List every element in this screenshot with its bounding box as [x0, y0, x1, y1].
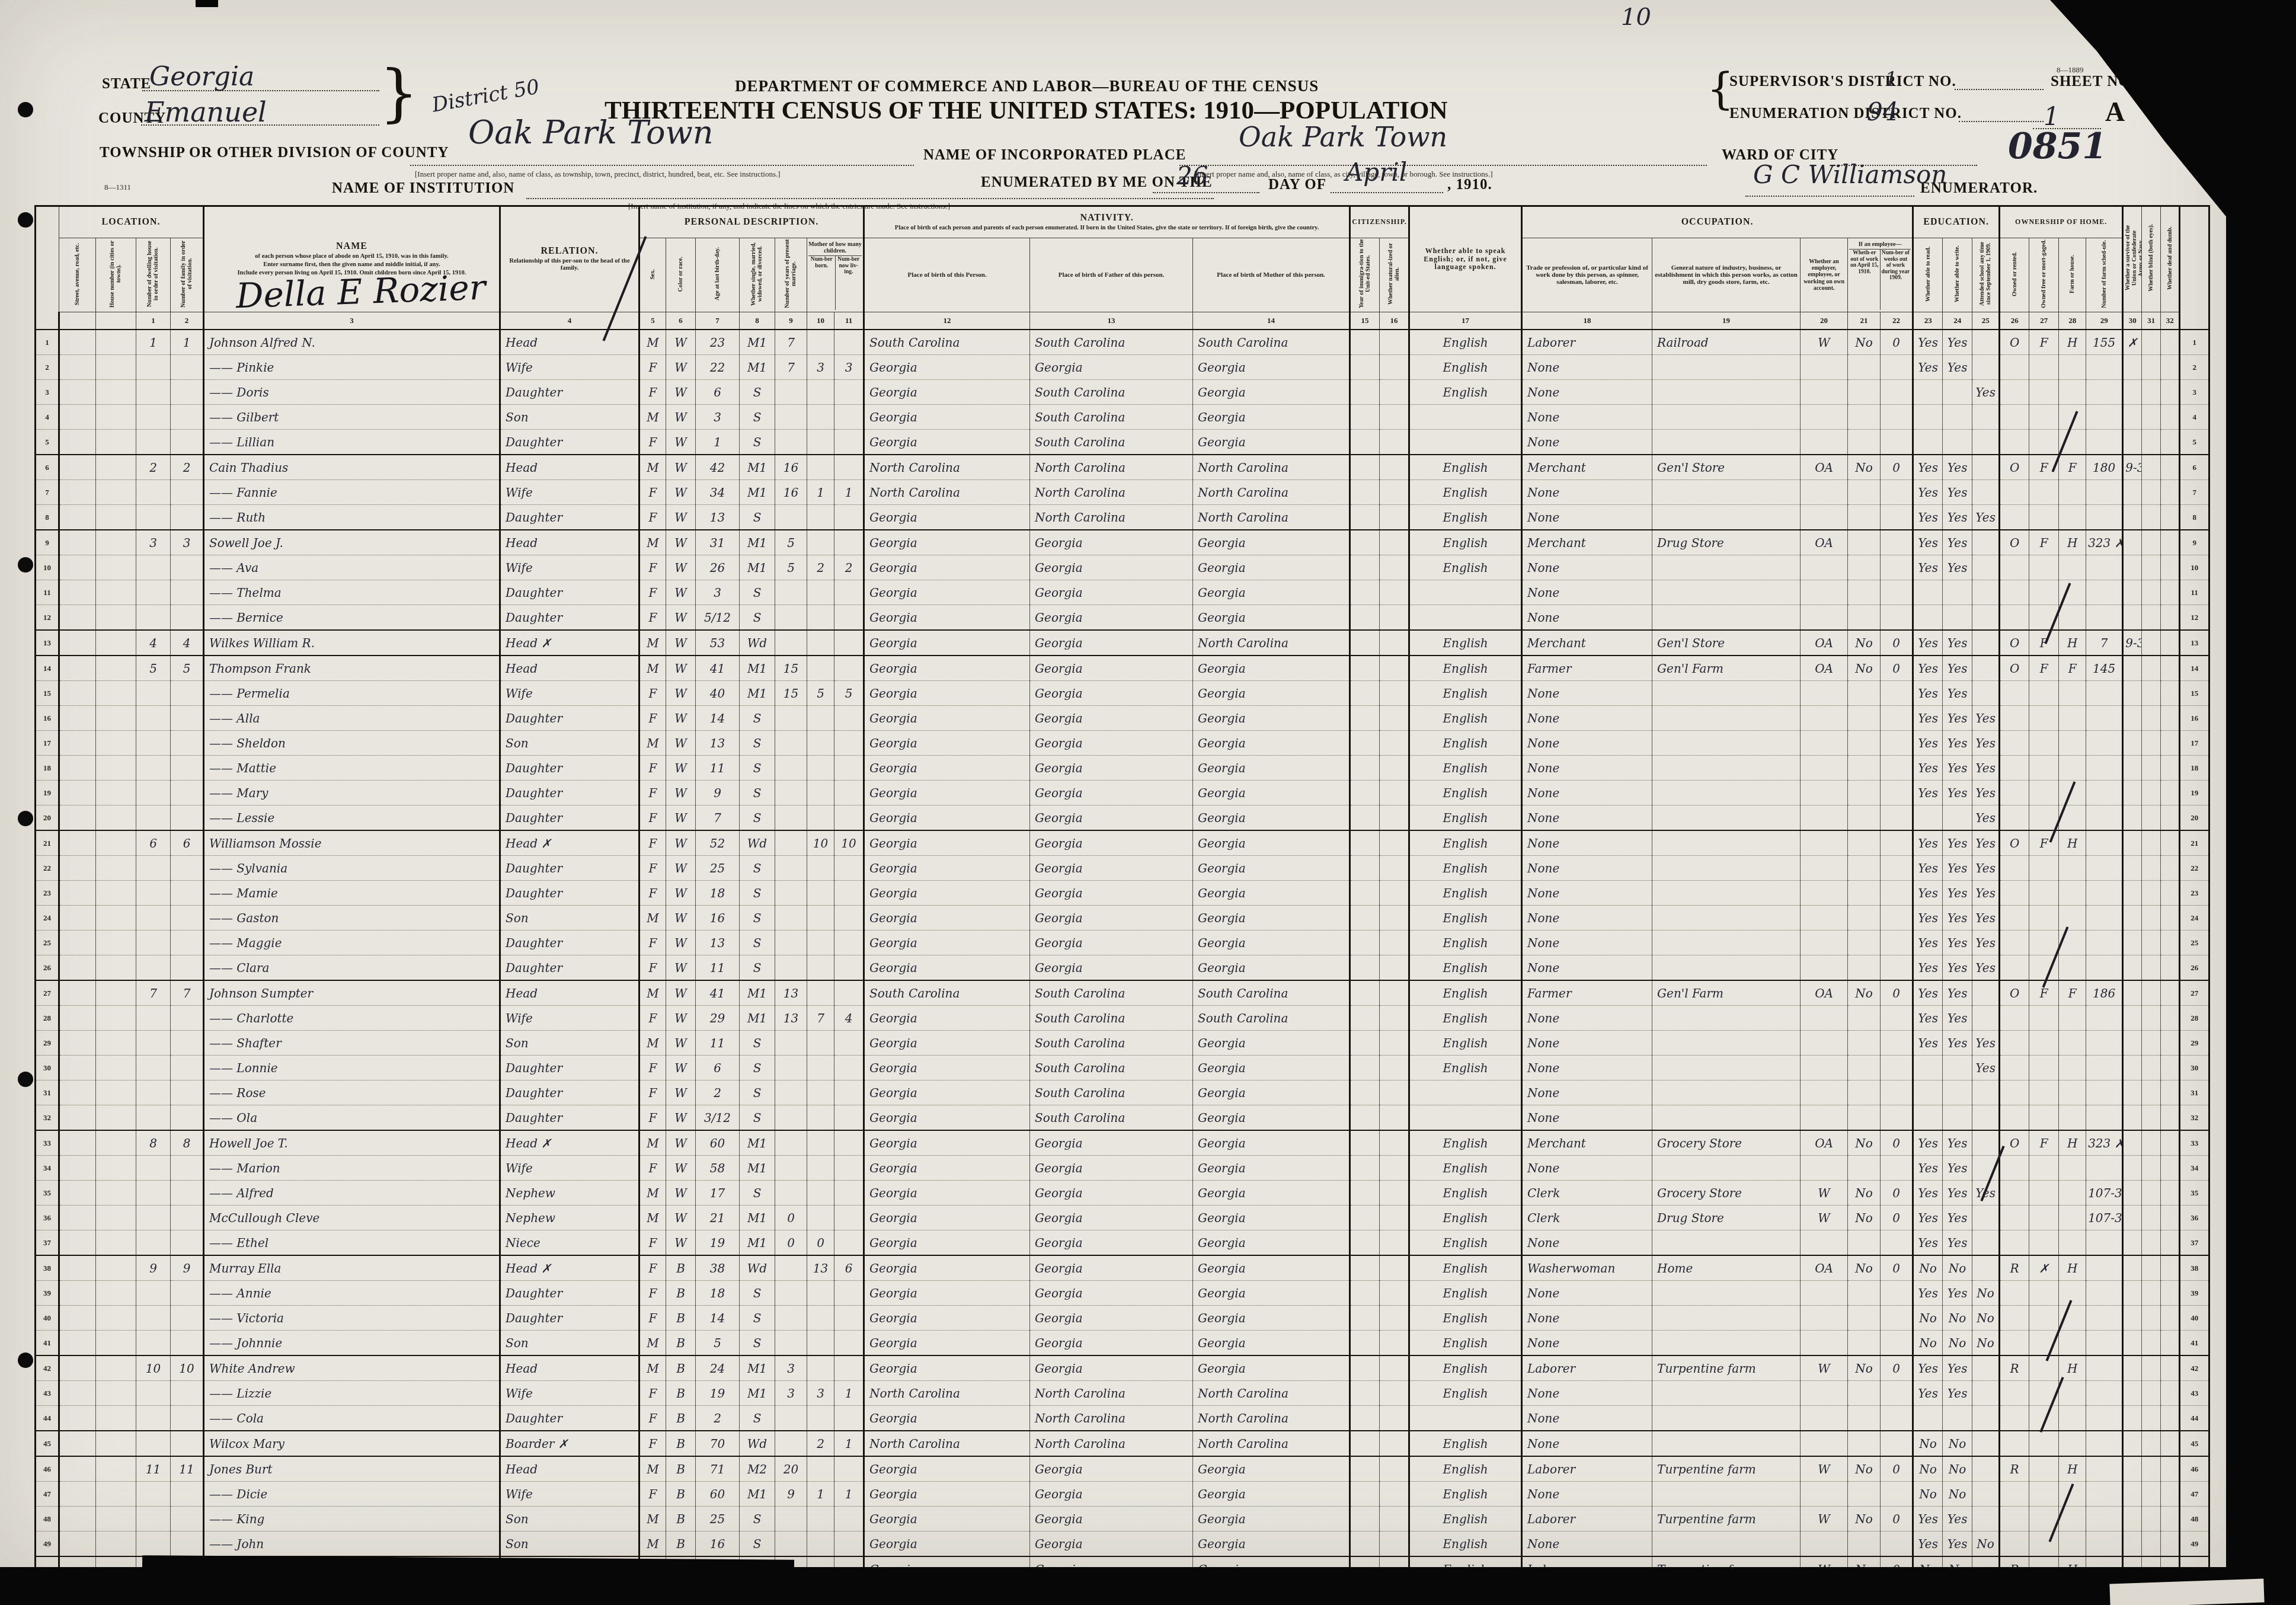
cell-wr: Yes [1943, 455, 1972, 480]
cell-rd: No [1913, 1456, 1943, 1482]
cell-df [2161, 605, 2180, 631]
cell-rel: Son [500, 1532, 639, 1557]
cell-age: 2 [696, 1080, 740, 1105]
cell-df [2161, 1056, 2180, 1080]
cell-st [59, 906, 96, 931]
cell-sex: M [639, 906, 666, 931]
cell-bp: Georgia [864, 1080, 1030, 1105]
cell-rd: Yes [1913, 1006, 1943, 1031]
cell-bl [2142, 906, 2161, 931]
cell-tr: None [1522, 1080, 1652, 1105]
cell-sex: M [639, 405, 666, 430]
cell-rd: Yes [1913, 830, 1943, 856]
census-table: LOCATION. NAME of each person whose plac… [34, 205, 2210, 1583]
cell-dw [136, 430, 171, 455]
cell-sex: F [639, 505, 666, 530]
col-number-emp: 20 [1801, 312, 1848, 330]
cell-bl [2142, 1230, 2161, 1256]
cell-n: 33 [36, 1130, 59, 1156]
cell-mar: S [740, 906, 775, 931]
cell-fm [171, 405, 204, 430]
cell-im [1350, 1431, 1380, 1456]
cell-ym [775, 505, 807, 530]
cell-cb: 3 [807, 355, 834, 380]
cell-bl [2142, 1355, 2161, 1381]
cell-bm: Georgia [1193, 1105, 1350, 1131]
cell-na [1380, 881, 1409, 906]
cell-fm [171, 731, 204, 756]
cell-na [1380, 856, 1409, 881]
cell-ym [775, 1507, 807, 1532]
cell-na [1380, 605, 1409, 631]
cell-cb [807, 530, 834, 555]
cell-sex: M [639, 1181, 666, 1206]
cell-bl [2142, 1482, 2161, 1507]
cell-bm: Georgia [1193, 781, 1350, 805]
cell-emp: OA [1801, 455, 1848, 480]
cell-wr: Yes [1943, 555, 1972, 580]
cell-o4 [2086, 505, 2123, 530]
cell-name: —— Doris [204, 380, 500, 405]
cell-fm [171, 1482, 204, 1507]
cell-rd: Yes [1913, 731, 1943, 756]
cell-cb [807, 405, 834, 430]
form-code: 8—1311 [104, 183, 131, 192]
cell-o3 [2059, 1281, 2086, 1306]
cell-n2: 13 [2180, 630, 2209, 656]
cell-im [1350, 1130, 1380, 1156]
cell-sc [1972, 355, 2000, 380]
cell-tr: None [1522, 1331, 1652, 1356]
cell-age: 29 [696, 1006, 740, 1031]
cell-wr [1943, 405, 1972, 430]
cell-cb [807, 1406, 834, 1431]
cell-mar: S [740, 1532, 775, 1557]
cell-hn [96, 430, 136, 455]
cell-emp [1801, 480, 1848, 505]
cell-age: 60 [696, 1130, 740, 1156]
table-row: 4—— GilbertSonMW3SGeorgiaSouth CarolinaG… [36, 405, 2209, 430]
cell-emp: OA [1801, 1130, 1848, 1156]
cell-cl: 10 [834, 830, 864, 856]
table-row: 29—— ShafterSonMW11SGeorgiaSouth Carolin… [36, 1031, 2209, 1056]
cell-cl: 1 [834, 480, 864, 505]
cell-wk [1881, 1105, 1913, 1131]
cell-dw [136, 355, 171, 380]
cell-wr: Yes [1943, 656, 1972, 681]
cell-st [59, 656, 96, 681]
cell-bf: Georgia [1030, 955, 1193, 981]
cell-ym: 7 [775, 355, 807, 380]
cell-sc [1972, 480, 2000, 505]
cell-en: English [1409, 355, 1522, 380]
col-number-bp: 12 [864, 312, 1030, 330]
relation-desc: Relationship of this per-son to the head… [502, 258, 637, 272]
cell-o4 [2086, 681, 2123, 706]
age-label: Age at last birth-day. [714, 247, 721, 300]
cell-na [1380, 355, 1409, 380]
cell-rd: Yes [1913, 781, 1943, 805]
cell-col: W [666, 1080, 696, 1105]
table-row: 40—— VictoriaDaughterFB14SGeorgiaGeorgia… [36, 1306, 2209, 1331]
cell-vet [2123, 1456, 2142, 1482]
cell-wr [1943, 1406, 1972, 1431]
cell-sc [1972, 1456, 2000, 1482]
cell-bf: Georgia [1030, 906, 1193, 931]
cell-rd [1913, 430, 1943, 455]
school-label: Attended school any time since September… [1979, 239, 1992, 309]
cell-dw [136, 555, 171, 580]
cell-cb [807, 980, 834, 1006]
cell-ym [775, 731, 807, 756]
cell-o3: F [2059, 455, 2086, 480]
cell-im [1350, 756, 1380, 781]
cell-ym [775, 1281, 807, 1306]
cell-name: Sowell Joe J. [204, 530, 500, 555]
cell-age: 17 [696, 1181, 740, 1206]
cell-ow: No [1848, 630, 1881, 656]
cell-mar: M1 [740, 656, 775, 681]
cell-n: 9 [36, 530, 59, 555]
cell-rd: Yes [1913, 980, 1943, 1006]
cell-wr [1943, 1056, 1972, 1080]
cell-wk [1881, 1532, 1913, 1557]
cell-ow [1848, 1431, 1881, 1456]
cell-bl [2142, 330, 2161, 355]
cell-o3 [2059, 1206, 2086, 1230]
cell-hn [96, 1532, 136, 1557]
cell-sex: M [639, 330, 666, 355]
col-header-farm: Farm or house. [2059, 238, 2086, 312]
cell-cb: 1 [807, 480, 834, 505]
cell-sex: F [639, 1056, 666, 1080]
cell-vet [2123, 1056, 2142, 1080]
cell-name: —— John [204, 1532, 500, 1557]
cell-o1 [2000, 1482, 2029, 1507]
cell-n: 21 [36, 830, 59, 856]
cell-rd: Yes [1913, 931, 1943, 955]
cell-ym [775, 430, 807, 455]
table-row: 39—— AnnieDaughterFB18SGeorgiaGeorgiaGeo… [36, 1281, 2209, 1306]
cell-col: W [666, 480, 696, 505]
cell-o3: H [2059, 1255, 2086, 1281]
cell-bm: Georgia [1193, 580, 1350, 605]
cell-wr: Yes [1943, 1532, 1972, 1557]
cell-sc [1972, 1130, 2000, 1156]
cell-wk [1881, 731, 1913, 756]
cell-na [1380, 906, 1409, 931]
cell-hn [96, 505, 136, 530]
cell-rel: Daughter [500, 580, 639, 605]
cell-sex: F [639, 881, 666, 906]
cell-o4 [2086, 931, 2123, 955]
col-number-o4: 29 [2086, 312, 2123, 330]
cell-o2 [2029, 931, 2059, 955]
hole-punch [18, 557, 33, 573]
cell-name: —— Lessie [204, 805, 500, 831]
cell-st [59, 1105, 96, 1131]
cell-fm [171, 555, 204, 580]
table-row: 34—— MarionWifeFW58M1GeorgiaGeorgiaGeorg… [36, 1156, 2209, 1181]
write-label: Whether able to write. [1954, 245, 1961, 302]
cell-o4 [2086, 580, 2123, 605]
cell-wr: No [1943, 1482, 1972, 1507]
cell-na [1380, 1031, 1409, 1056]
cell-vet [2123, 681, 2142, 706]
cell-bl [2142, 430, 2161, 455]
cell-dw [136, 906, 171, 931]
cell-sc [1972, 1255, 2000, 1281]
cell-n2: 11 [2180, 580, 2209, 605]
cell-sc: No [1972, 1306, 2000, 1331]
cell-bf: South Carolina [1030, 1105, 1193, 1131]
cell-wr: Yes [1943, 1206, 1972, 1230]
cell-ow [1848, 1156, 1881, 1181]
cell-wk [1881, 856, 1913, 881]
cell-bm: Georgia [1193, 856, 1350, 881]
col-number-en: 17 [1409, 312, 1522, 330]
cell-n: 24 [36, 906, 59, 931]
cell-bp: Georgia [864, 881, 1030, 906]
cell-fm [171, 805, 204, 831]
cell-ow [1848, 955, 1881, 981]
cell-o2 [2029, 1031, 2059, 1056]
cell-o1 [2000, 480, 2029, 505]
cell-fm [171, 1406, 204, 1431]
cell-df [2161, 430, 2180, 455]
cell-st [59, 1281, 96, 1306]
house-label: House number (in cities or towns). [109, 239, 122, 309]
cell-wr: Yes [1943, 881, 1972, 906]
cell-dw [136, 580, 171, 605]
cell-emp [1801, 1006, 1848, 1031]
cell-rel: Daughter [500, 756, 639, 781]
cell-vet [2123, 706, 2142, 731]
cell-st [59, 955, 96, 981]
cell-bp: Georgia [864, 1206, 1030, 1230]
cell-bl [2142, 805, 2161, 831]
table-row: 31—— RoseDaughterFW2SGeorgiaSouth Caroli… [36, 1080, 2209, 1105]
cell-n2: 17 [2180, 731, 2209, 756]
cell-rel: Wife [500, 555, 639, 580]
cell-bp: Georgia [864, 805, 1030, 831]
col-header-birthplace: Place of birth of this Person. [864, 238, 1030, 312]
cell-age: 14 [696, 1306, 740, 1331]
cell-o1: O [2000, 330, 2029, 355]
mother-group-label: Mother of how many children. [808, 240, 862, 256]
cell-o2 [2029, 1230, 2059, 1256]
cell-bp: Georgia [864, 656, 1030, 681]
cell-bp: Georgia [864, 530, 1030, 555]
cell-n2: 29 [2180, 1031, 2209, 1056]
col-number-fm: 2 [171, 312, 204, 330]
cell-ow: No [1848, 1130, 1881, 1156]
cell-o4 [2086, 906, 2123, 931]
cell-o4 [2086, 1355, 2123, 1381]
cell-o1: R [2000, 1355, 2029, 1381]
cell-o4: 107-3 ✗ [2086, 1206, 2123, 1230]
cell-emp [1801, 881, 1848, 906]
cell-sex: F [639, 1381, 666, 1406]
cell-df [2161, 405, 2180, 430]
cell-en: English [1409, 1056, 1522, 1080]
cell-age: 11 [696, 756, 740, 781]
cell-age: 34 [696, 480, 740, 505]
cell-fm [171, 1181, 204, 1206]
cell-age: 25 [696, 1507, 740, 1532]
cell-bp: Georgia [864, 1532, 1030, 1557]
cell-mar: S [740, 405, 775, 430]
cell-age: 31 [696, 530, 740, 555]
cell-sc: No [1972, 1331, 2000, 1356]
cell-bp: Georgia [864, 1406, 1030, 1431]
cell-ym [775, 1181, 807, 1206]
cell-bf: Georgia [1030, 555, 1193, 580]
table-row: 18—— MattieDaughterFW11SGeorgiaGeorgiaGe… [36, 756, 2209, 781]
col-number-col: 6 [666, 312, 696, 330]
cell-o2 [2029, 1006, 2059, 1031]
cell-o2: ✗ [2029, 1255, 2059, 1281]
cell-ow [1848, 605, 1881, 631]
cell-o1 [2000, 731, 2029, 756]
cell-emp [1801, 505, 1848, 530]
cell-rd: No [1913, 1482, 1943, 1507]
cell-st [59, 781, 96, 805]
cell-hn [96, 355, 136, 380]
table-row: 22—— SylvaniaDaughterFW25SGeorgiaGeorgia… [36, 856, 2209, 881]
cell-mar: M1 [740, 681, 775, 706]
cell-o4 [2086, 405, 2123, 430]
cell-bm: Georgia [1193, 1031, 1350, 1056]
cell-wr: Yes [1943, 856, 1972, 881]
cell-wk [1881, 1482, 1913, 1507]
cell-o2 [2029, 1431, 2059, 1456]
cell-ym [775, 856, 807, 881]
col-header-write: Whether able to write. [1943, 238, 1972, 312]
cell-bl [2142, 1507, 2161, 1532]
cell-o2 [2029, 1105, 2059, 1131]
cell-cl [834, 330, 864, 355]
cell-age: 13 [696, 931, 740, 955]
cell-n: 41 [36, 1331, 59, 1356]
cell-bm: Georgia [1193, 1206, 1350, 1230]
cell-dw [136, 480, 171, 505]
cell-ind [1652, 1056, 1801, 1080]
cell-ind [1652, 830, 1801, 856]
cell-bf: Georgia [1030, 1206, 1193, 1230]
cell-rd: Yes [1913, 455, 1943, 480]
cell-ym [775, 805, 807, 831]
cell-bm: Georgia [1193, 555, 1350, 580]
cell-fm: 10 [171, 1355, 204, 1381]
cell-cl [834, 580, 864, 605]
cell-hn [96, 1056, 136, 1080]
cell-n: 28 [36, 1006, 59, 1031]
cell-hn [96, 1006, 136, 1031]
cell-bp: Georgia [864, 555, 1030, 580]
cell-col: W [666, 656, 696, 681]
cell-age: 19 [696, 1230, 740, 1256]
cell-en: English [1409, 706, 1522, 731]
cell-rel: Head [500, 1355, 639, 1381]
cell-rel: Wife [500, 1156, 639, 1181]
cell-emp [1801, 856, 1848, 881]
cell-o4 [2086, 1080, 2123, 1105]
cell-bp: Georgia [864, 355, 1030, 380]
cell-ow [1848, 1080, 1881, 1105]
cell-sex: F [639, 756, 666, 781]
cell-cl [834, 1507, 864, 1532]
cell-wk: 0 [1881, 1456, 1913, 1482]
cell-wr: Yes [1943, 1130, 1972, 1156]
cell-o1: O [2000, 980, 2029, 1006]
cell-cb [807, 805, 834, 831]
cell-bf: South Carolina [1030, 980, 1193, 1006]
cell-col: W [666, 1230, 696, 1256]
cell-na [1380, 1181, 1409, 1206]
cell-rd: Yes [1913, 330, 1943, 355]
children-living-label: Num-ber now liv-ing. [835, 256, 862, 310]
cell-dw [136, 1482, 171, 1507]
cell-ym: 16 [775, 480, 807, 505]
cell-st [59, 856, 96, 881]
cell-n2: 19 [2180, 781, 2209, 805]
cell-rel: Son [500, 1031, 639, 1056]
cell-en: English [1409, 330, 1522, 355]
cell-o4 [2086, 430, 2123, 455]
cell-n2: 28 [2180, 1006, 2209, 1031]
cell-bm: North Carolina [1193, 1431, 1350, 1456]
cell-im [1350, 630, 1380, 656]
place-value: Oak Park Town [1239, 121, 1447, 153]
cell-o1 [2000, 955, 2029, 981]
cell-o1 [2000, 555, 2029, 580]
cell-col: W [666, 731, 696, 756]
cell-hn [96, 555, 136, 580]
cell-ow [1848, 1230, 1881, 1256]
cell-o1 [2000, 505, 2029, 530]
cell-bp: Georgia [864, 630, 1030, 656]
col-number-wk: 22 [1881, 312, 1913, 330]
cell-sc: Yes [1972, 931, 2000, 955]
cell-cb: 5 [807, 681, 834, 706]
cell-rel: Daughter [500, 706, 639, 731]
table-row: 3—— DorisDaughterFW6SGeorgiaSouth Caroli… [36, 380, 2209, 405]
cell-hn [96, 731, 136, 756]
cell-fm [171, 681, 204, 706]
cell-o4 [2086, 1456, 2123, 1482]
cell-name: —— Ethel [204, 1230, 500, 1256]
cell-tr: None [1522, 681, 1652, 706]
cell-cl [834, 931, 864, 955]
cell-tr: None [1522, 781, 1652, 805]
cell-sex: F [639, 805, 666, 831]
cell-rel: Son [500, 405, 639, 430]
col-header-veteran: Whether a survivor of the Union or Confe… [2123, 206, 2142, 312]
cell-ym: 13 [775, 980, 807, 1006]
cell-df [2161, 1456, 2180, 1482]
cell-mar: S [740, 706, 775, 731]
cell-fm [171, 881, 204, 906]
cell-na [1380, 1306, 1409, 1331]
cell-cb [807, 856, 834, 881]
cell-hn [96, 1230, 136, 1256]
cell-rel: Daughter [500, 781, 639, 805]
cell-age: 3/12 [696, 1105, 740, 1131]
cell-bf: Georgia [1030, 681, 1193, 706]
cell-o1 [2000, 1431, 2029, 1456]
cell-st [59, 1130, 96, 1156]
